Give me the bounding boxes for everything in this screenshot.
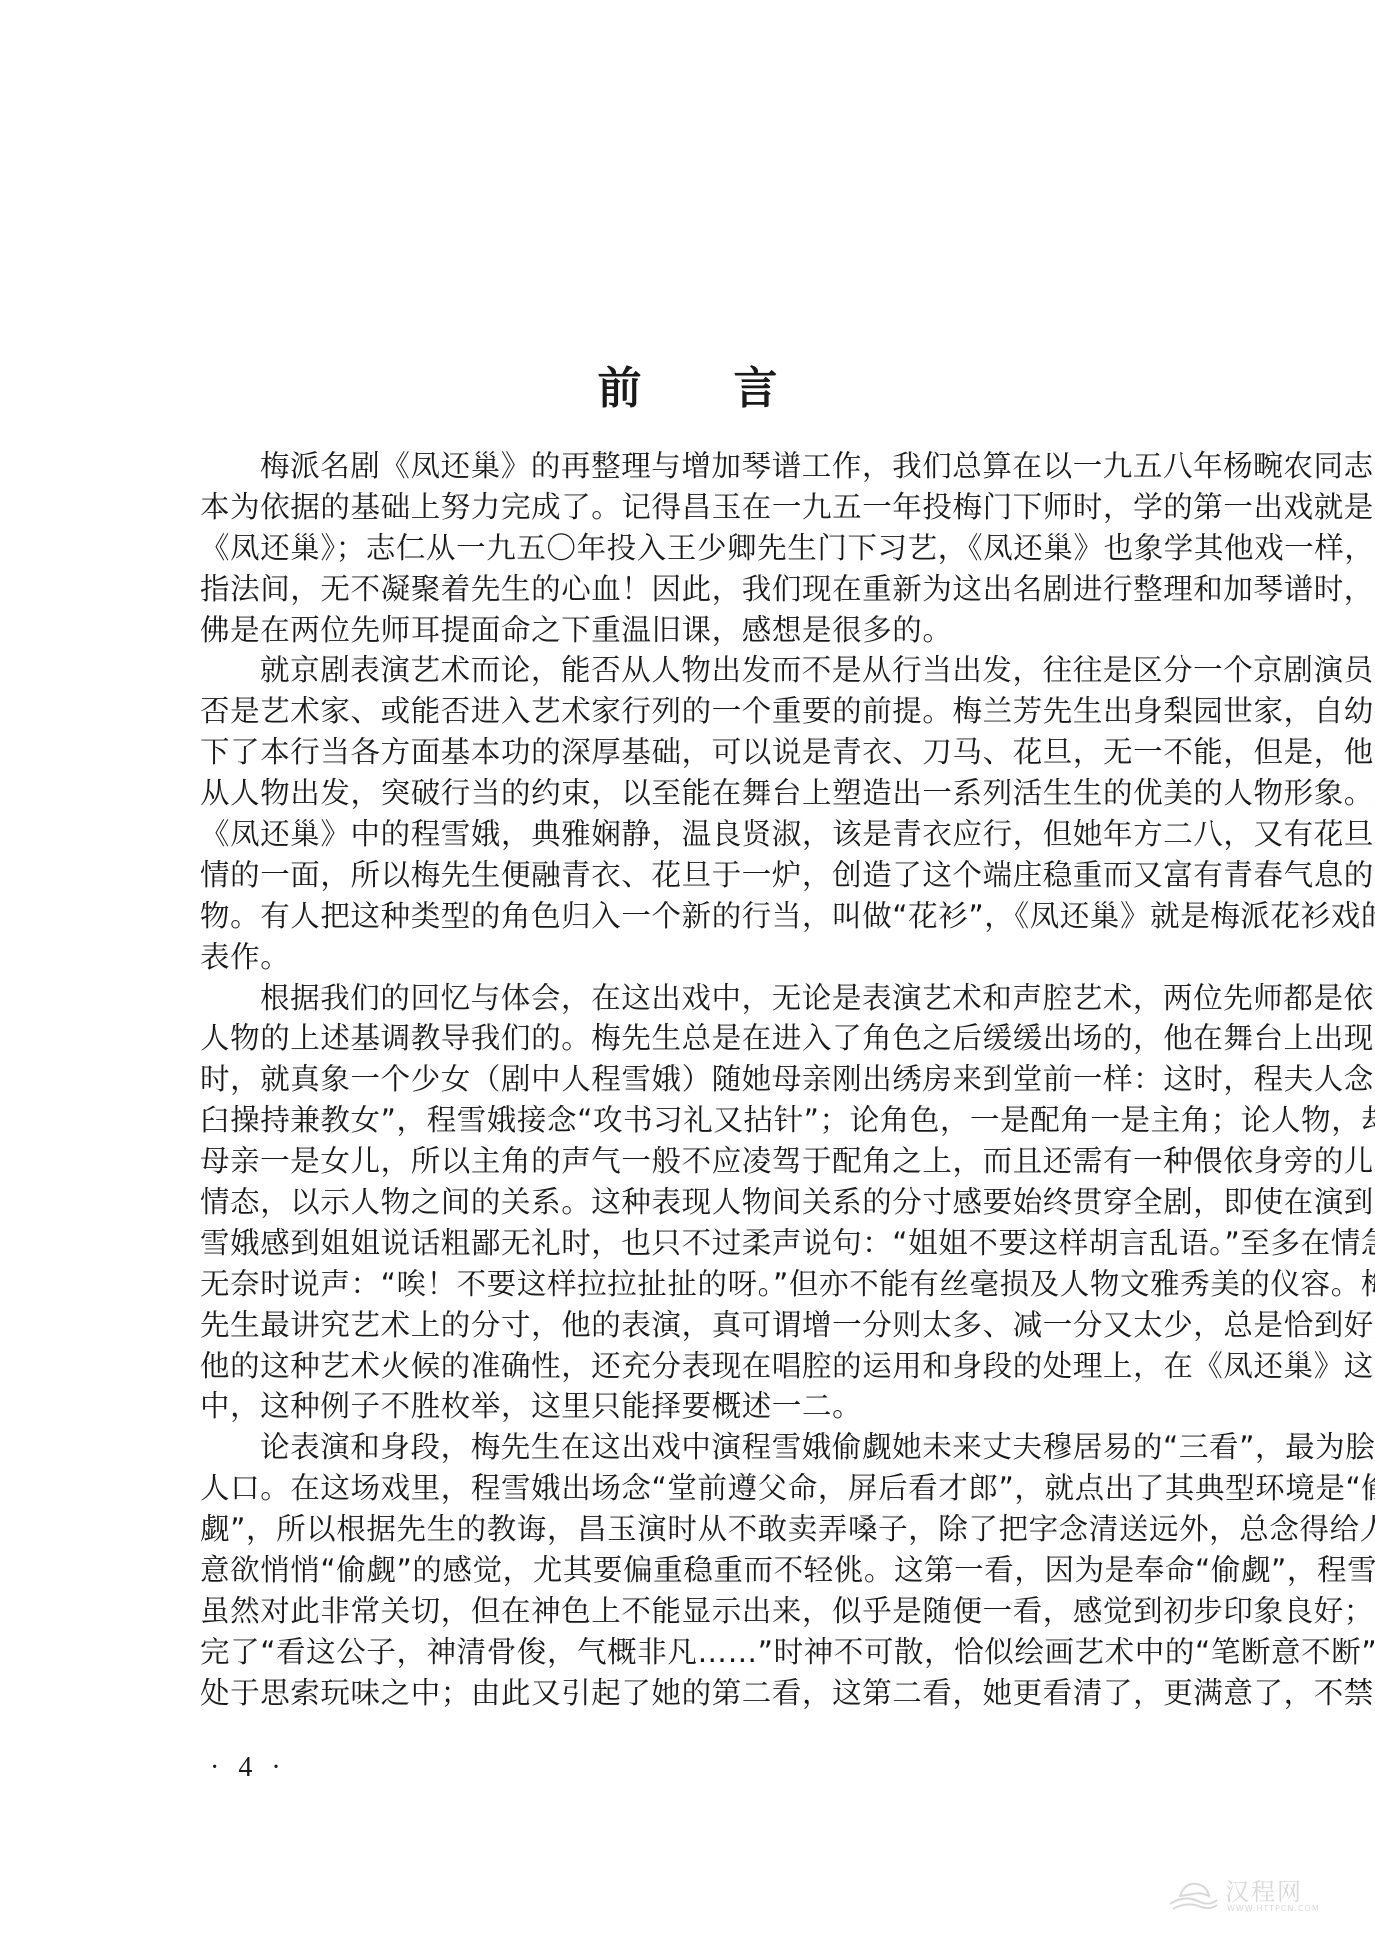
text-line: 他的这种艺术火候的准确性，还充分表现在唱腔的运用和身段的处理上，在《凤还巢》这出… <box>200 1346 1190 1387</box>
text-line: 本为依据的基础上努力完成了。记得昌玉在一九五一年投梅门下师时，学的第一出戏就是 <box>200 487 1190 528</box>
text-line: 先生最讲究艺术上的分寸，他的表演，真可谓增一分则太多、减一分又太少，总是恰到好处… <box>200 1305 1190 1346</box>
text-line: 意欲悄悄“偷觑”的感觉，尤其要偏重稳重而不轻佻。这第一看，因为是奉命“偷觑”，程… <box>200 1550 1190 1591</box>
text-line: 就京剧表演艺术而论，能否从人物出发而不是从行当出发，往往是区分一个京剧演员是 <box>200 650 1190 691</box>
text-line: 无奈时说声：“唉！不要这样拉拉扯扯的呀。”但亦不能有丝毫损及人物文雅秀美的仪容。… <box>200 1264 1190 1305</box>
text-line: 佛是在两位先师耳提面命之下重温旧课，感想是很多的。 <box>200 610 1190 651</box>
text-line: 时，就真象一个少女（剧中人程雪娥）随她母亲刚出绣房来到堂前一样：这时，程夫人念“… <box>200 1059 1190 1100</box>
text-line: 虽然对此非常关切，但在神色上不能显示出来，似乎是随便一看，感觉到初步印象良好；在… <box>200 1591 1190 1632</box>
horse-logo-icon <box>1165 1874 1220 1914</box>
text-line: 物。有人把这种类型的角色归入一个新的行当，叫做“花衫”，《凤还巢》就是梅派花衫戏… <box>200 896 1190 937</box>
text-line: 《凤还巢》；志仁从一九五〇年投入王少卿先生门下习艺，《凤还巢》也象学其他戏一样，… <box>200 528 1190 569</box>
text-line: 从人物出发，突破行当的约束，以至能在舞台上塑造出一系列活生生的优美的人物形象。如 <box>200 773 1190 814</box>
text-line: 情的一面，所以梅先生便融青衣、花旦于一炉，创造了这个端庄稳重而又富有青春气息的人 <box>200 855 1190 896</box>
text-line: 下了本行当各方面基本功的深厚基础，可以说是青衣、刀马、花旦，无一不能，但是，他很… <box>200 732 1190 773</box>
text-line: 母亲一是女儿，所以主角的声气一般不应凌驾于配角之上，而且还需有一种偎依身旁的儿女 <box>200 1141 1190 1182</box>
text-line: 雪娥感到姐姐说话粗鄙无礼时，也只不过柔声说句：“姐姐不要这样胡言乱语。”至多在情… <box>200 1223 1190 1264</box>
watermark-brand: 汉程网 <box>1225 1872 1303 1907</box>
text-line: 否是艺术家、或能否进入艺术家行列的一个重要的前提。梅兰芳先生出身梨园世家，自幼打 <box>200 691 1190 732</box>
text-line: 人物的上述基调教导我们的。梅先生总是在进入了角色之后缓缓出场的，他在舞台上出现 <box>200 1018 1190 1059</box>
text-line: 处于思索玩味之中；由此又引起了她的第二看，这第二看，她更看清了，更满意了，不禁暗… <box>200 1673 1190 1714</box>
title-char: 言 <box>734 352 778 416</box>
page-title: 前言 <box>0 352 1375 416</box>
text-line: 表作。 <box>200 937 1190 978</box>
text-line: 指法间，无不凝聚着先生的心血！因此，我们现在重新为这出名剧进行整理和加琴谱时，又… <box>200 569 1190 610</box>
watermark-url: WWW.HTTPCN.COM <box>1227 1904 1320 1913</box>
text-line: 觑”，所以根据先生的教诲，昌玉演时从不敢卖弄嗓子，除了把字念清送远外，总念得给人… <box>200 1509 1190 1550</box>
text-line: 完了“看这公子，神清骨俊，气概非凡……”时神不可散，恰似绘画艺术中的“笔断意不断… <box>200 1632 1190 1673</box>
text-line: 臼操持兼教女”，程雪娥接念“攻书习礼又拈针”；论角色，一是配角一是主角；论人物，… <box>200 1100 1190 1141</box>
text-line: 梅派名剧《凤还巢》的再整理与增加琴谱工作，我们总算在以一九五八年杨畹农同志原 <box>200 446 1190 487</box>
text-line: 情态，以示人物之间的关系。这种表现人物间关系的分寸感要始终贯穿全剧，即使在演到程 <box>200 1182 1190 1223</box>
body-text: 梅派名剧《凤还巢》的再整理与增加琴谱工作，我们总算在以一九五八年杨畹农同志原本为… <box>200 446 1190 1714</box>
page-number: · 4 · <box>210 1752 287 1784</box>
text-line: 人口。在这场戏里，程雪娥出场念“堂前遵父命，屏后看才郎”，就点出了其典型环境是“… <box>200 1468 1190 1509</box>
text-line: 《凤还巢》中的程雪娥，典雅娴静，温良贤淑，该是青衣应行，但她年方二八，又有花旦活… <box>200 814 1190 855</box>
watermark: 汉程网 WWW.HTTPCN.COM <box>1165 1872 1345 1917</box>
text-line: 根据我们的回忆与体会，在这出戏中，无论是表演艺术和声腔艺术，两位先师都是依照 <box>200 978 1190 1019</box>
text-line: 论表演和身段，梅先生在这出戏中演程雪娥偷觑她未来丈夫穆居易的“三看”，最为脍炙 <box>200 1427 1190 1468</box>
text-line: 中，这种例子不胜枚举，这里只能择要概述一二。 <box>200 1386 1190 1427</box>
title-char: 前 <box>598 352 642 416</box>
